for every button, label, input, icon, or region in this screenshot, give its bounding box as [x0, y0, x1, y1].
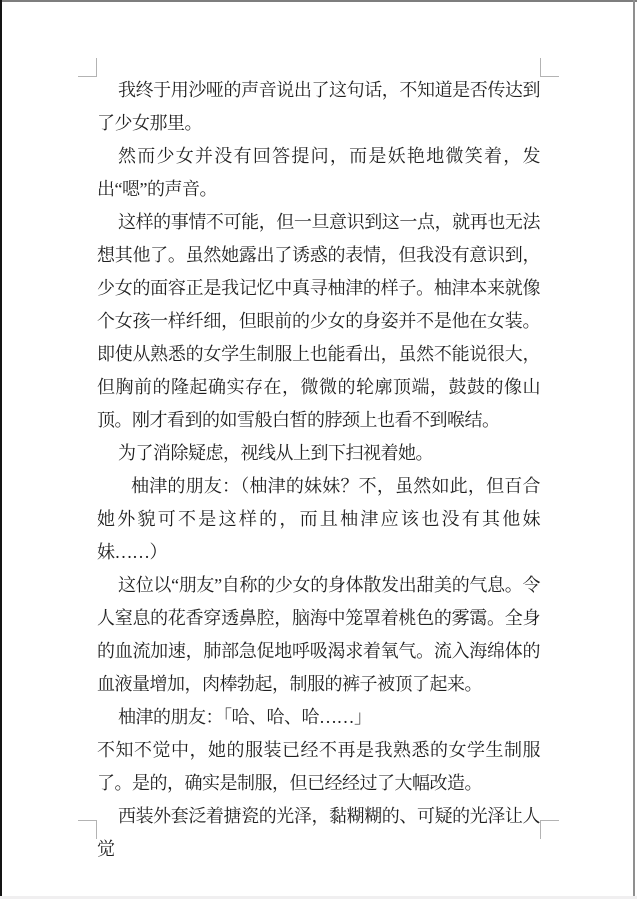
- paragraph: 为了消除疑虑，视线从上到下扫视着她。: [97, 437, 540, 470]
- page-edge-right: [633, 0, 635, 896]
- document-page: 我终于用沙哑的声音说出了这句话，不知道是否传达到了少女那里。 然而少女并没有回答…: [0, 0, 637, 899]
- paragraph: 然而少女并没有回答提问，而是妖艳地微笑着，发出“嗯”的声音。: [97, 140, 540, 206]
- paragraph: 我终于用沙哑的声音说出了这句话，不知道是否传达到了少女那里。: [97, 74, 540, 140]
- paragraph: 柚津的朋友：（柚津的妹妹？不，虽然如此，但百合她外貌可不是这样的，而且柚津应该也…: [97, 470, 540, 569]
- page-edge-left: [0, 0, 2, 896]
- text-boundary-mark-bottom-right: [540, 820, 559, 839]
- paragraph: 西装外套泛着搪瓷的光泽，黏糊糊的、可疑的光泽让人觉: [97, 800, 540, 866]
- page-edge-top: [0, 0, 637, 2]
- paragraph: 柚津的朋友：「哈、哈、哈……」: [97, 701, 540, 734]
- paragraph: 这位以“朋友”自称的少女的身体散发出甜美的气息。令人窒息的花香穿透鼻腔，脑海中笼…: [97, 569, 540, 701]
- text-boundary-mark-top-right: [540, 58, 559, 77]
- text-area: 我终于用沙哑的声音说出了这句话，不知道是否传达到了少女那里。 然而少女并没有回答…: [97, 74, 540, 866]
- paragraph: 这样的事情不可能，但一旦意识到这一点，就再也无法想其他了。虽然她露出了诱惑的表情…: [97, 206, 540, 437]
- text-boundary-mark-bottom-left: [78, 820, 97, 839]
- paragraph: 不知不觉中，她的服装已经不再是我熟悉的女学生制服了。是的，确实是制服，但已经经过…: [97, 734, 540, 800]
- text-boundary-mark-top-left: [78, 58, 97, 77]
